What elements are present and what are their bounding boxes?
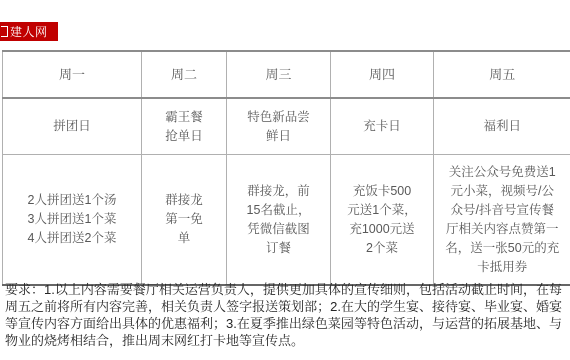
detail-tuesday: 群接龙 第一免 单 [142, 155, 227, 286]
site-watermark-badge: 建人网 [0, 22, 58, 41]
header-friday: 周五 [434, 51, 570, 98]
detail-thursday: 充饭卡500 元送1个菜， 充1000元送 2个菜 [331, 155, 434, 286]
promotion-detail-row: 2人拼团送1个汤 3人拼团送1个菜 4人拼团送2个菜 群接龙 第一免 单 群接龙… [3, 155, 570, 286]
table-header-row: 周一 周二 周三 周四 周五 [3, 51, 570, 98]
watermark-label: 建人网 [10, 23, 48, 40]
theme-friday: 福利日 [434, 98, 570, 155]
detail-wednesday: 群接龙，前 15名截止， 凭微信截图 订餐 [227, 155, 331, 286]
theme-monday: 拼团日 [3, 98, 142, 155]
day-theme-row: 拼团日 霸王餐 抢单日 特色新品尝 鲜日 充卡日 福利日 [3, 98, 570, 155]
header-wednesday: 周三 [227, 51, 331, 98]
theme-thursday: 充卡日 [331, 98, 434, 155]
clipped-character-fragment [1, 26, 8, 37]
detail-friday: 关注公众号免费送1 元小菜，视频号/公 众号/抖音号宣传餐 厅相关内容点赞第一 … [434, 155, 570, 286]
header-thursday: 周四 [331, 51, 434, 98]
weekly-promotion-table: 周一 周二 周三 周四 周五 拼团日 霸王餐 抢单日 特色新品尝 鲜日 充卡日 … [2, 50, 570, 286]
header-tuesday: 周二 [142, 51, 227, 98]
requirements-paragraph: 要求：1.以上内容需要餐厅相关运营负责人，提供更加具体的宣传细则，包括活动截止时… [5, 281, 562, 349]
detail-monday: 2人拼团送1个汤 3人拼团送1个菜 4人拼团送2个菜 [3, 155, 142, 286]
header-monday: 周一 [3, 51, 142, 98]
schedule-table: 周一 周二 周三 周四 周五 拼团日 霸王餐 抢单日 特色新品尝 鲜日 充卡日 … [2, 50, 570, 286]
theme-wednesday: 特色新品尝 鲜日 [227, 98, 331, 155]
theme-tuesday: 霸王餐 抢单日 [142, 98, 227, 155]
